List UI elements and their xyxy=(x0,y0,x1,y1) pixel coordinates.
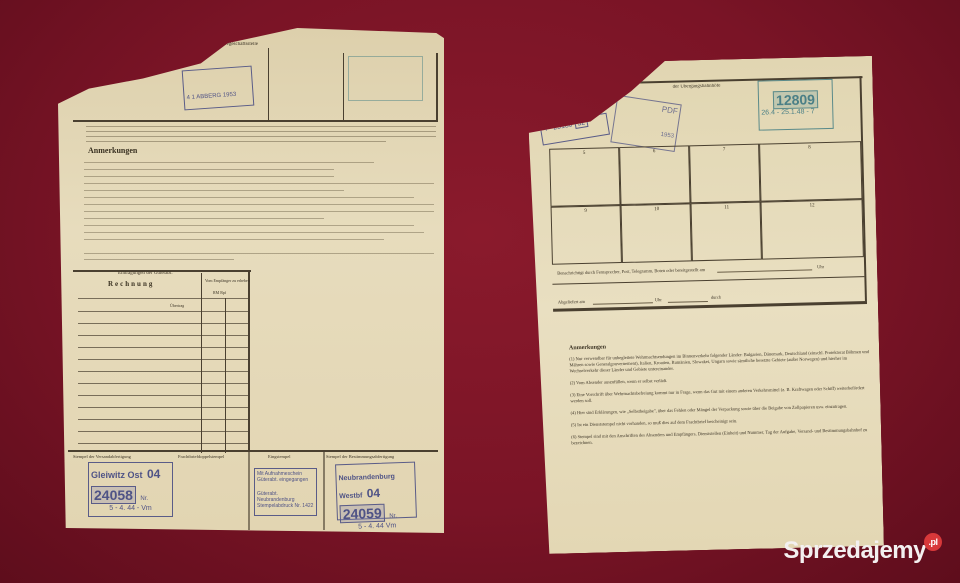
label-duplicate-stamp: Frachtbriefdoppelstempel xyxy=(178,454,224,460)
notified-line: Benachrichtigt durch Fernsprecher, Post,… xyxy=(557,267,705,277)
stamp-neubrandenburg: Neubrandenburg Westbf 04 24059 Nr. 5 - 4… xyxy=(335,462,417,521)
waybill-document-right: der Übergangsbahnhöfe 4 - 25180 32 PDF 1… xyxy=(527,56,884,554)
label-entry-stamp: Eingstempel xyxy=(268,454,291,460)
remarks-title: Anmerkungen xyxy=(88,146,137,155)
stamp-entry-received: Mit Aufnahmeschein Güterabt. eingegangen… xyxy=(254,468,317,516)
transit-stamp-1: 4 - 25180 32 xyxy=(539,113,610,146)
invoice-section-title: Eintragungen der Güterabt. xyxy=(118,271,173,277)
transit-stamp-2: PDF 1953 xyxy=(610,95,681,152)
invoice-heading: Rechnung xyxy=(108,280,154,288)
remarks-title: Anmerkungen xyxy=(569,344,606,351)
delivered-line: Abgeliefert am xyxy=(558,299,585,306)
waybill-document-left: Degeschäftsstelle 4 1 ABBERG 1953 Anmerk… xyxy=(58,28,444,533)
faded-header-stamp xyxy=(348,56,423,101)
watermark-logo: Sprzedajemy.pl xyxy=(783,537,942,565)
header-label: der Übergangsbahnhöfe xyxy=(673,84,721,91)
label-destination-stamp: Stempel der Bestimmungsabfertigung xyxy=(326,454,394,460)
transit-stamp-3: 12809 26.4 - 25.1.48 - 7 xyxy=(758,79,834,131)
watermark-badge: .pl xyxy=(924,533,942,551)
header-label: Degeschäftsstelle xyxy=(223,42,258,48)
label-sending-stamp: Stempel der Versandabfertigung xyxy=(73,454,131,460)
invoice-column-header: Vom Empfänger zu erheben xyxy=(205,278,250,284)
header-stamp: 4 1 ABBERG 1953 xyxy=(182,66,255,111)
stamp-gleiwitz: Gleiwitz Ost 04 24058 Nr. 5 - 4. 44 - Vm xyxy=(88,462,173,517)
transit-grid: 5 6 7 8 9 10 11 12 xyxy=(527,56,872,64)
carryover-label: Übertrag xyxy=(170,303,184,309)
remarks-list: (1) Nur verwendbar für unbegleitete Wehr… xyxy=(569,349,871,452)
